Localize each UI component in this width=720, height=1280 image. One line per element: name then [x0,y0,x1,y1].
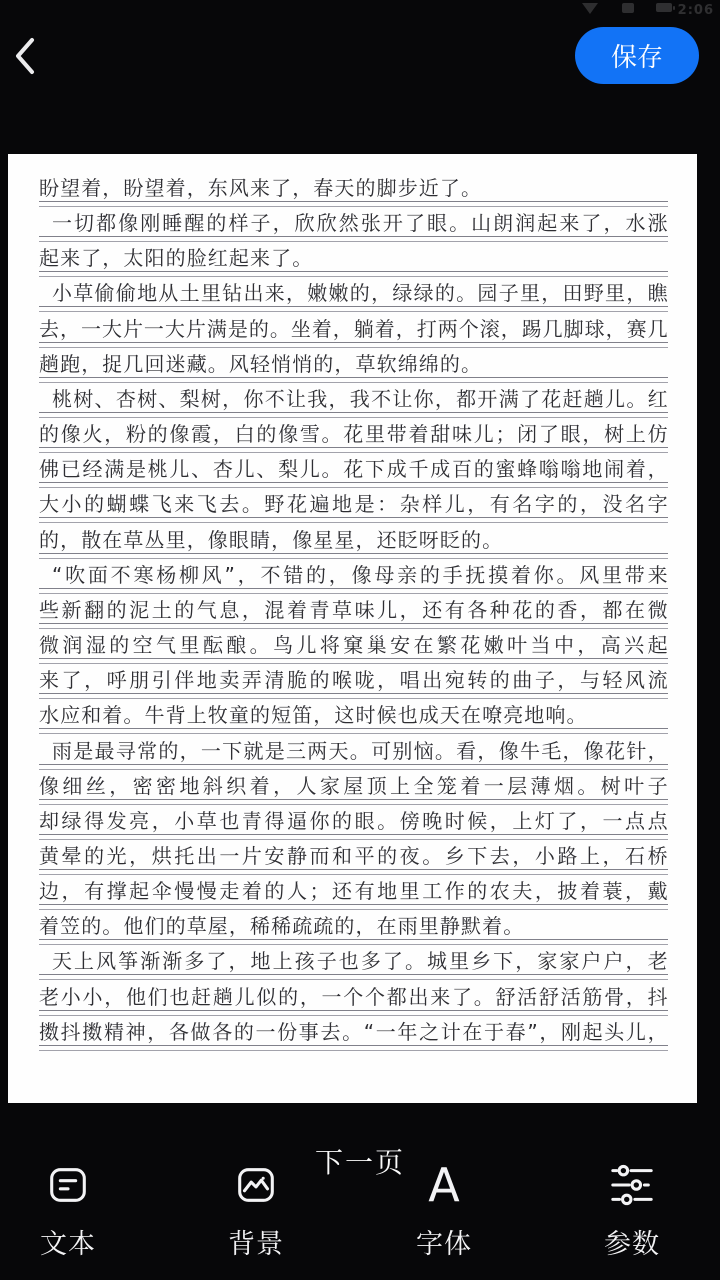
handwritten-text: 天上风筝渐渐多了，地上孩子也多了。城里乡下，家家户户，老 [39,951,668,971]
handwritten-text: 边，有撑起伞慢慢走着的人；还有地里工作的农夫，披着蓑，戴 [39,881,668,901]
text-line: 天上风筝渐渐多了，地上孩子也多了。城里乡下，家家户户，老 [39,945,668,980]
tool-label: 字体 [416,1222,472,1261]
handwritten-text: 桃树、杏树、梨树，你不让我，我不让你，都开满了花赶趟儿。红 [39,389,668,409]
text-line: 一切都像刚睡醒的样子，欣欣然张开了眼。山朗润起来了，水涨 [39,207,668,242]
handwritten-text: “吹面不寒杨柳风”，不错的，像母亲的手抚摸着你。风里带来 [39,565,668,585]
text-line: 的，散在草丛里，像眼睛，像星星，还眨呀眨的。 [39,523,668,558]
handwritten-text: 擞抖擞精神，各做各的一份事去。“一年之计在于春”，刚起头儿， [39,1022,668,1042]
text-line: 黄晕的光，烘托出一片安静而和平的夜。乡下去，小路上，石桥 [39,840,668,875]
handwritten-text: 的像火，粉的像霞，白的像雪。花里带着甜味儿；闭了眼，树上仿 [39,424,668,444]
tool-label: 参数 [604,1222,660,1261]
handwritten-text: 一切都像刚睡醒的样子，欣欣然张开了眼。山朗润起来了，水涨 [39,213,668,233]
text-line: 桃树、杏树、梨树，你不让我，我不让你，都开满了花赶趟儿。红 [39,383,668,418]
notebook-lines: 盼望着，盼望着，东风来了，春天的脚步近了。一切都像刚睡醒的样子，欣欣然张开了眼。… [39,154,668,1051]
tool-params-button[interactable]: 参数 [582,1158,682,1261]
text-line: “吹面不寒杨柳风”，不错的，像母亲的手抚摸着你。风里带来 [39,559,668,594]
document-page[interactable]: 盼望着，盼望着，东风来了，春天的脚步近了。一切都像刚睡醒的样子，欣欣然张开了眼。… [8,154,697,1103]
handwritten-text: 像细丝，密密地斜织着，人家屋顶上全笼着一层薄烟。树叶子 [39,776,668,796]
text-line: 去，一大片一大片满是的。坐着，躺着，打两个滚，踢几脚球，赛几 [39,312,668,347]
text-line: 雨是最寻常的，一下就是三两天。可别恼。看，像牛毛，像花针， [39,734,668,769]
text-line: 的像火，粉的像霞，白的像雪。花里带着甜味儿；闭了眼，树上仿 [39,418,668,453]
tool-label: 背景 [228,1222,284,1261]
handwritten-text: 老小小，他们也赶趟儿似的，一个个都出来了。舒活舒活筋骨，抖 [39,987,668,1007]
back-icon[interactable] [10,34,40,78]
text-line: 着笠的。他们的草屋，稀稀疏疏的，在雨里静默着。 [39,910,668,945]
save-button[interactable]: 保存 [575,27,699,84]
letter-a-icon: A [428,1158,459,1212]
handwritten-text: 雨是最寻常的，一下就是三两天。可别恼。看，像牛毛，像花针， [39,741,668,761]
handwritten-text: 的，散在草丛里，像眼睛，像星星，还眨呀眨的。 [39,530,668,550]
handwritten-text: 些新翻的泥土的气息，混着青草味儿，还有各种花的香，都在微 [39,600,668,620]
text-line: 些新翻的泥土的气息，混着青草味儿，还有各种花的香，都在微 [39,594,668,629]
bottom-toolbar: 文本背景A字体参数 [18,1158,682,1261]
text-line: 微润湿的空气里酝酿。鸟儿将窠巢安在繁花嫩叶当中，高兴起 [39,629,668,664]
handwritten-text: 微润湿的空气里酝酿。鸟儿将窠巢安在繁花嫩叶当中，高兴起 [39,635,668,655]
text-line: 老小小，他们也赶趟儿似的，一个个都出来了。舒活舒活筋骨，抖 [39,980,668,1015]
editor-screen: 2:06 保存 盼望着，盼望着，东风来了，春天的脚步近了。一切都像刚睡醒的样子，… [0,0,720,1280]
text-line: 盼望着，盼望着，东风来了，春天的脚步近了。 [39,154,668,207]
sliders-icon [609,1158,655,1212]
text-lines-icon [45,1158,91,1212]
text-line: 却绿得发亮，小草也青得逼你的眼。傍晚时候，上灯了，一点点 [39,805,668,840]
image-icon [233,1158,279,1212]
handwritten-text: 着笠的。他们的草屋，稀稀疏疏的，在雨里静默着。 [39,916,668,936]
tool-font-button[interactable]: A字体 [394,1158,494,1261]
handwritten-text: 佛已经满是桃儿、杏儿、梨儿。花下成千成百的蜜蜂嗡嗡地闹着， [39,459,668,479]
text-line: 佛已经满是桃儿、杏儿、梨儿。花下成千成百的蜜蜂嗡嗡地闹着， [39,453,668,488]
text-line: 趟跑，捉几回迷藏。风轻悄悄的，草软绵绵的。 [39,348,668,383]
tool-background-button[interactable]: 背景 [206,1158,306,1261]
handwritten-text: 水应和着。牛背上牧童的短笛，这时候也成天在嘹亮地响。 [39,705,668,725]
text-line: 起来了，太阳的脸红起来了。 [39,242,668,277]
handwritten-text: 盼望着，盼望着，东风来了，春天的脚步近了。 [39,178,668,198]
text-line: 像细丝，密密地斜织着，人家屋顶上全笼着一层薄烟。树叶子 [39,770,668,805]
text-line: 来了，呼朋引伴地卖弄清脆的喉咙，唱出宛转的曲子，与轻风流 [39,664,668,699]
text-line: 小草偷偷地从土里钻出来，嫩嫩的，绿绿的。园子里，田野里，瞧 [39,277,668,312]
text-line: 水应和着。牛背上牧童的短笛，这时候也成天在嘹亮地响。 [39,699,668,734]
tool-label: 文本 [40,1222,96,1261]
handwritten-text: 黄晕的光，烘托出一片安静而和平的夜。乡下去，小路上，石桥 [39,846,668,866]
text-line: 大小的蝴蝶飞来飞去。野花遍地是：杂样儿，有名字的，没名字 [39,488,668,523]
top-bar: 保存 [0,0,720,120]
handwritten-text: 去，一大片一大片满是的。坐着，躺着，打两个滚，踢几脚球，赛几 [39,319,668,339]
handwritten-text: 起来了，太阳的脸红起来了。 [39,248,668,268]
handwritten-text: 却绿得发亮，小草也青得逼你的眼。傍晚时候，上灯了，一点点 [39,811,668,831]
handwritten-text: 趟跑，捉几回迷藏。风轻悄悄的，草软绵绵的。 [39,354,668,374]
handwritten-text: 小草偷偷地从土里钻出来，嫩嫩的，绿绿的。园子里，田野里，瞧 [39,283,668,303]
text-line: 边，有撑起伞慢慢走着的人；还有地里工作的农夫，披着蓑，戴 [39,875,668,910]
text-line: 擞抖擞精神，各做各的一份事去。“一年之计在于春”，刚起头儿， [39,1016,668,1051]
tool-text-button[interactable]: 文本 [18,1158,118,1261]
handwritten-text: 来了，呼朋引伴地卖弄清脆的喉咙，唱出宛转的曲子，与轻风流 [39,670,668,690]
handwritten-text: 大小的蝴蝶飞来飞去。野花遍地是：杂样儿，有名字的，没名字 [39,494,668,514]
